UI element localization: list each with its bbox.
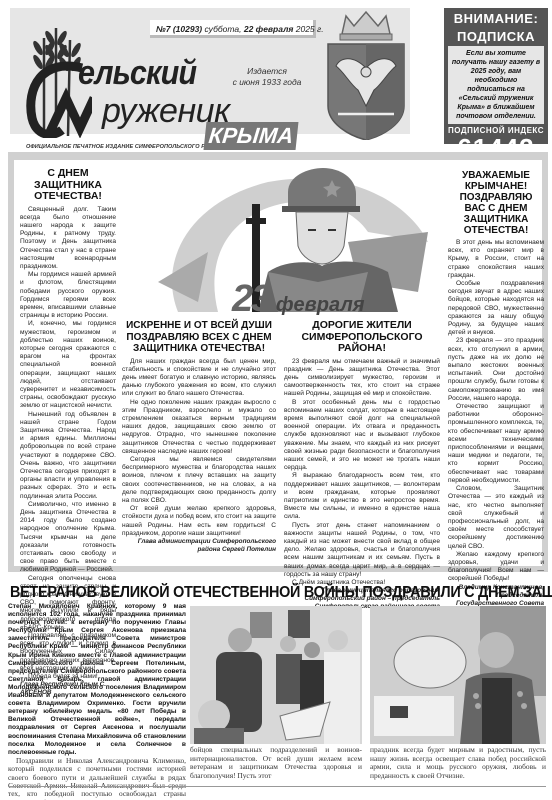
article-state-council: УВАЖАЕМЫЕ КРЫМЧАНЕ! ПОЗДРАВЛЯЮ ВАС С ДНЕ… <box>448 170 544 616</box>
date-graphic: 23 февраля <box>232 278 365 321</box>
paragraph: От всей души желаю крепкого здоровья, ст… <box>122 505 276 538</box>
paragraph: И, конечно, мы гордимся мужеством, герои… <box>20 320 116 410</box>
paragraph: Не одно поколение наших граждан выросло … <box>122 399 276 456</box>
coat-of-arms-icon <box>322 10 410 140</box>
article-title: ИСКРЕННЕ И ОТ ВСЕЙ ДУШИ ПОЗДРАВЛЯЮ ВСЕХ … <box>122 320 276 355</box>
official-publication-note: ОФИЦИАЛЬНОЕ ПЕЧАТНОЕ ИЗДАНИЕ СИМФЕРОПОЛЬ… <box>26 144 225 150</box>
issue-year: 2025 г. <box>296 24 324 34</box>
subscription-box: ВНИМАНИЕ: ПОДПИСКА Если вы хотите получа… <box>444 8 548 144</box>
paragraph: Пусть этот день станет напоминанием о ва… <box>284 522 440 579</box>
article-title: ДОРОГИЕ ЖИТЕЛИ СИМФЕРОПОЛЬСКОГО РАЙОНА! <box>284 320 440 355</box>
article-district-council: ДОРОГИЕ ЖИТЕЛИ СИМФЕРОПОЛЬСКОГО РАЙОНА! … <box>284 320 440 619</box>
paragraph: В этот день мы вспоминаем всех, кто охра… <box>448 239 544 280</box>
veterans-text-continued: бойцов специальных подразделений и воино… <box>190 746 362 780</box>
article-lead: Степан Михайлович Крайнюк, которому 9 ма… <box>8 603 186 757</box>
paragraph: Священный долг. Таким всегда было отноше… <box>20 206 116 272</box>
title-line1: ельский <box>78 54 196 93</box>
paragraph: 23 февраля — это праздник всех, кто отсл… <box>448 337 544 403</box>
title-region: КРЫМА <box>204 122 299 150</box>
since-note: Издается с июня 1933 года <box>222 66 312 88</box>
veterans-photo-1 <box>190 606 362 744</box>
paragraph: В этот особенный день мы с гордостью всп… <box>284 399 440 473</box>
since-line1: Издается <box>222 66 312 77</box>
paragraph: Я выражаю благодарность всем тем, кто по… <box>284 472 440 521</box>
issue-day: суббота, <box>205 24 242 34</box>
paragraph: Поздравили и Николая Александровича Клим… <box>8 757 186 800</box>
paragraph: Сегодня мы являемся свидетелями бесприме… <box>122 456 276 505</box>
paragraph: Мы гордимся нашей армией и флотом, блест… <box>20 271 116 320</box>
subscription-heading1: ВНИМАНИЕ: <box>444 8 548 26</box>
veterans-headline: ВЕТЕРАНОВ ВЕЛИКОЙ ОТЕЧЕСТВЕННОЙ ВОЙНЫ ПО… <box>10 584 508 602</box>
newspaper-page: №7 (10293) суббота, 22 февраля 2025 г. е… <box>0 0 552 800</box>
issue-date: 22 февраля <box>244 24 294 34</box>
signature: Глава администрации Симферопольского рай… <box>122 538 276 554</box>
veterans-text-ending: праздник всегда будет мирным и радостным… <box>370 746 546 780</box>
subscription-heading2: ПОДПИСКА <box>444 26 548 44</box>
article-title: С ДНЕМ ЗАЩИТНИКА ОТЕЧЕСТВА! <box>20 168 116 203</box>
veterans-article: Степан Михайлович Крайнюк, которому 9 ма… <box>8 603 186 800</box>
bottom-rule <box>8 786 546 787</box>
subscription-body: Если вы хотите получать нашу газету в 20… <box>448 46 544 124</box>
paragraph: Особые поздравления сегодня звучат в адр… <box>448 280 544 337</box>
issue-number: №7 (10293) <box>156 24 202 34</box>
issue-info: №7 (10293) суббота, 22 февраля 2025 г. <box>150 20 316 38</box>
date-number: 23 <box>232 278 270 320</box>
paragraph: Словом, Защитник Отечества — это каждый … <box>448 485 544 551</box>
paragraph: Символично, что именно в День защитника … <box>20 501 116 575</box>
date-month: февраля <box>276 294 365 316</box>
paragraph: Отечество защищают и работники оборонно-… <box>448 403 544 485</box>
article-title: УВАЖАЕМЫЕ КРЫМЧАНЕ! ПОЗДРАВЛЯЮ ВАС С ДНЕ… <box>448 170 544 236</box>
paragraph: Желаю каждому крепкого здоровья, удачи и… <box>448 551 544 584</box>
paragraph: Нынешний год объявлен в нашей стране Год… <box>20 411 116 501</box>
veterans-photo-2 <box>370 606 546 744</box>
paragraph: Для наших граждан всегда был ценен мир, … <box>122 358 276 399</box>
since-line2: с июня 1933 года <box>222 77 312 88</box>
article-district-administration: ИСКРЕННЕ И ОТ ВСЕЙ ДУШИ ПОЗДРАВЛЯЮ ВСЕХ … <box>122 320 276 554</box>
paragraph: 23 февраля мы отмечаем важный и значимый… <box>284 358 440 399</box>
